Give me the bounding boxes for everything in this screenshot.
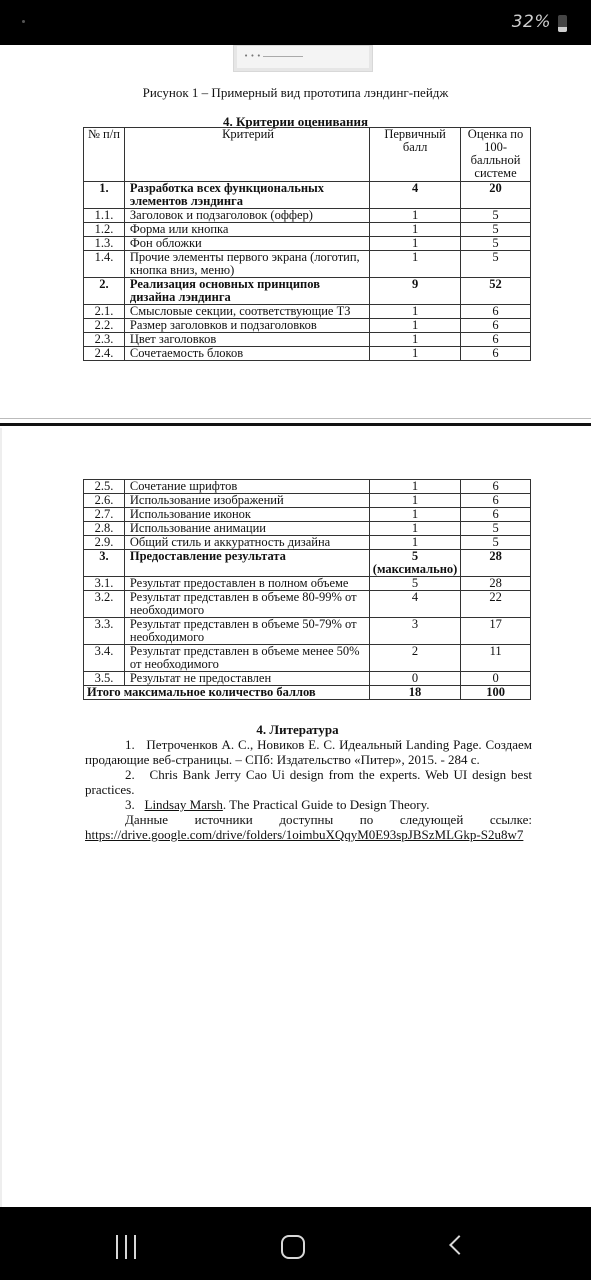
row-num: 2. <box>84 278 125 305</box>
row-primary: 0 <box>369 672 461 686</box>
row-num: 2.3. <box>84 333 125 347</box>
row-num: 2.1. <box>84 305 125 319</box>
table-row: 2.7.Использование иконок16 <box>84 508 531 522</box>
row-num: 2.5. <box>84 480 125 494</box>
row-primary: 5 <box>369 577 461 591</box>
row-score100: 5 <box>461 536 531 550</box>
row-num: 3. <box>84 550 125 577</box>
row-criterion: Использование изображений <box>124 494 369 508</box>
row-primary: 1 <box>369 522 461 536</box>
row-criterion: Результат представлен в объеме 80-99% от… <box>124 591 369 618</box>
row-primary: 1 <box>370 223 461 237</box>
literature-item-1: 1. Петроченков А. С., Новиков Е. С. Идеа… <box>85 737 532 767</box>
total-primary: 18 <box>369 686 461 700</box>
row-score100: 11 <box>461 645 531 672</box>
header-score100: Оценка по 100-балльной системе <box>461 128 531 182</box>
row-score100: 5 <box>461 209 531 223</box>
row-num: 3.4. <box>84 645 125 672</box>
row-primary: 4 <box>370 182 461 209</box>
row-score100: 5 <box>461 251 531 278</box>
table-row: 1.2.Форма или кнопка15 <box>84 223 531 237</box>
row-primary: 1 <box>369 480 461 494</box>
figure-thumbnail: • • • <box>233 45 373 72</box>
row-primary: 1 <box>370 209 461 223</box>
notification-dot <box>22 20 25 23</box>
row-score100: 6 <box>461 333 531 347</box>
literature-list: 1. Петроченков А. С., Новиков Е. С. Идеа… <box>85 737 532 842</box>
literature-item-num: 3. <box>125 797 135 812</box>
navigation-bar <box>0 1207 591 1280</box>
row-score100: 28 <box>461 577 531 591</box>
table-row: 1.1.Заголовок и подзаголовок (оффер)15 <box>84 209 531 223</box>
battery-icon <box>558 15 567 32</box>
row-num: 1.1. <box>84 209 125 223</box>
literature-item-text: Петроченков А. С., Новиков Е. С. Идеальн… <box>85 737 532 767</box>
row-primary: 4 <box>369 591 461 618</box>
row-score100: 6 <box>461 494 531 508</box>
table-row: 1.3.Фон обложки15 <box>84 237 531 251</box>
row-score100: 6 <box>461 347 531 361</box>
table-row: 1.4.Прочие элементы первого экрана (лого… <box>84 251 531 278</box>
total-row: Итого максимальное количество баллов 18 … <box>84 686 531 700</box>
literature-item-num: 2. <box>125 767 135 782</box>
table-row: 1.Разработка всех функциональных элемент… <box>84 182 531 209</box>
table-row: 2.2.Размер заголовков и подзаголовков16 <box>84 319 531 333</box>
table-row: 3.5.Результат не предоставлен00 <box>84 672 531 686</box>
row-num: 1.3. <box>84 237 125 251</box>
criteria-table-continued: 2.5.Сочетание шрифтов162.6.Использование… <box>83 479 531 700</box>
row-primary: 1 <box>369 508 461 522</box>
row-primary: 1 <box>370 305 461 319</box>
row-primary: 1 <box>369 536 461 550</box>
row-criterion: Использование иконок <box>124 508 369 522</box>
row-num: 2.7. <box>84 508 125 522</box>
header-num: № п/п <box>84 128 125 182</box>
document-page-2: 2.5.Сочетание шрифтов162.6.Использование… <box>0 428 591 1207</box>
figure-dots: • • • <box>244 52 261 60</box>
row-criterion: Размер заголовков и подзаголовков <box>124 319 369 333</box>
total-label: Итого максимальное количество баллов <box>84 686 370 700</box>
row-criterion: Предоставление результата <box>124 550 369 577</box>
row-criterion: Результат предоставлен в полном объеме <box>124 577 369 591</box>
row-num: 2.8. <box>84 522 125 536</box>
row-score100: 5 <box>461 522 531 536</box>
table-row: 2.Реализация основных принципов дизайна … <box>84 278 531 305</box>
row-num: 3.3. <box>84 618 125 645</box>
row-criterion: Реализация основных принципов дизайна лэ… <box>124 278 369 305</box>
total-score100: 100 <box>461 686 531 700</box>
row-criterion: Результат представлен в объеме менее 50%… <box>124 645 369 672</box>
row-criterion: Форма или кнопка <box>124 223 369 237</box>
sources-note: Данные источники доступны по следующей с… <box>85 812 532 827</box>
table-header-row: № п/п Критерий Первичный балл Оценка по … <box>84 128 531 182</box>
literature-item-text: . The Practical Guide to Design Theory. <box>223 797 430 812</box>
row-criterion: Результат представлен в объеме 50-79% от… <box>124 618 369 645</box>
document-page-1: • • • Рисунок 1 – Примерный вид прототип… <box>0 45 591 419</box>
row-criterion: Сочетаемость блоков <box>124 347 369 361</box>
row-criterion: Фон обложки <box>124 237 369 251</box>
row-criterion: Цвет заголовков <box>124 333 369 347</box>
row-num: 2.9. <box>84 536 125 550</box>
figure-line <box>263 56 303 57</box>
row-criterion: Результат не предоставлен <box>124 672 369 686</box>
row-score100: 6 <box>461 305 531 319</box>
literature-item-3: 3. Lindsay Marsh. The Practical Guide to… <box>85 797 532 812</box>
literature-item-num: 1. <box>125 737 135 752</box>
row-score100: 17 <box>461 618 531 645</box>
row-score100: 6 <box>461 480 531 494</box>
row-criterion: Прочие элементы первого экрана (логотип,… <box>124 251 369 278</box>
row-score100: 6 <box>461 508 531 522</box>
row-primary: 1 <box>370 319 461 333</box>
row-score100: 5 <box>461 237 531 251</box>
page-divider <box>0 423 591 426</box>
table-row: 2.5.Сочетание шрифтов16 <box>84 480 531 494</box>
row-num: 1. <box>84 182 125 209</box>
figure-caption: Рисунок 1 – Примерный вид прототипа лэнд… <box>0 85 591 101</box>
table-row: 3.1.Результат предоставлен в полном объе… <box>84 577 531 591</box>
battery-level-fill <box>558 27 567 32</box>
row-score100: 20 <box>461 182 531 209</box>
table-row: 3.Предоставление результата5(максимально… <box>84 550 531 577</box>
row-criterion: Смысловые секции, соответствующие ТЗ <box>124 305 369 319</box>
row-criterion: Разработка всех функциональных элементов… <box>124 182 369 209</box>
row-score100: 52 <box>461 278 531 305</box>
table-row: 2.9.Общий стиль и аккуратность дизайна15 <box>84 536 531 550</box>
literature-item-text: Chris Bank Jerry Cao Ui design from the … <box>85 767 532 797</box>
row-primary: 1 <box>370 251 461 278</box>
status-bar: 32% <box>0 0 591 45</box>
literature-title: 4. Литература <box>2 722 591 738</box>
table-row: 3.3.Результат представлен в объеме 50-79… <box>84 618 531 645</box>
row-num: 3.5. <box>84 672 125 686</box>
row-criterion: Использование анимации <box>124 522 369 536</box>
row-primary: 1 <box>370 237 461 251</box>
row-num: 2.6. <box>84 494 125 508</box>
author-link[interactable]: Lindsay Marsh <box>145 797 223 812</box>
table-row: 2.1.Смысловые секции, соответствующие ТЗ… <box>84 305 531 319</box>
battery-percent: 32% <box>512 12 551 32</box>
home-icon[interactable] <box>281 1235 305 1259</box>
sources-link[interactable]: https://drive.google.com/drive/folders/1… <box>85 827 523 842</box>
row-primary: 2 <box>369 645 461 672</box>
table-row: 3.2.Результат представлен в объеме 80-99… <box>84 591 531 618</box>
row-score100: 0 <box>461 672 531 686</box>
row-primary: 1 <box>369 494 461 508</box>
row-num: 1.4. <box>84 251 125 278</box>
header-primary: Первичный балл <box>370 128 461 182</box>
row-score100: 6 <box>461 319 531 333</box>
row-primary: 1 <box>370 347 461 361</box>
row-num: 1.2. <box>84 223 125 237</box>
row-num: 2.2. <box>84 319 125 333</box>
row-num: 2.4. <box>84 347 125 361</box>
header-criterion: Критерий <box>124 128 369 182</box>
row-score100: 5 <box>461 223 531 237</box>
row-primary: 5(максимально) <box>369 550 461 577</box>
row-criterion: Общий стиль и аккуратность дизайна <box>124 536 369 550</box>
row-num: 3.2. <box>84 591 125 618</box>
table-row: 3.4.Результат представлен в объеме менее… <box>84 645 531 672</box>
figure-image: • • • <box>237 46 369 68</box>
table-row: 2.8.Использование анимации15 <box>84 522 531 536</box>
row-primary: 1 <box>370 333 461 347</box>
table-row: 2.6.Использование изображений16 <box>84 494 531 508</box>
row-criterion: Сочетание шрифтов <box>124 480 369 494</box>
literature-item-2: 2. Chris Bank Jerry Cao Ui design from t… <box>85 767 532 797</box>
row-num: 3.1. <box>84 577 125 591</box>
row-primary: 3 <box>369 618 461 645</box>
row-score100: 28 <box>461 550 531 577</box>
back-icon[interactable] <box>449 1235 469 1255</box>
row-primary: 9 <box>370 278 461 305</box>
recent-apps-icon[interactable] <box>116 1235 140 1259</box>
row-score100: 22 <box>461 591 531 618</box>
row-criterion: Заголовок и подзаголовок (оффер) <box>124 209 369 223</box>
table-row: 2.4.Сочетаемость блоков16 <box>84 347 531 361</box>
criteria-table: № п/п Критерий Первичный балл Оценка по … <box>83 127 531 361</box>
table-row: 2.3.Цвет заголовков16 <box>84 333 531 347</box>
